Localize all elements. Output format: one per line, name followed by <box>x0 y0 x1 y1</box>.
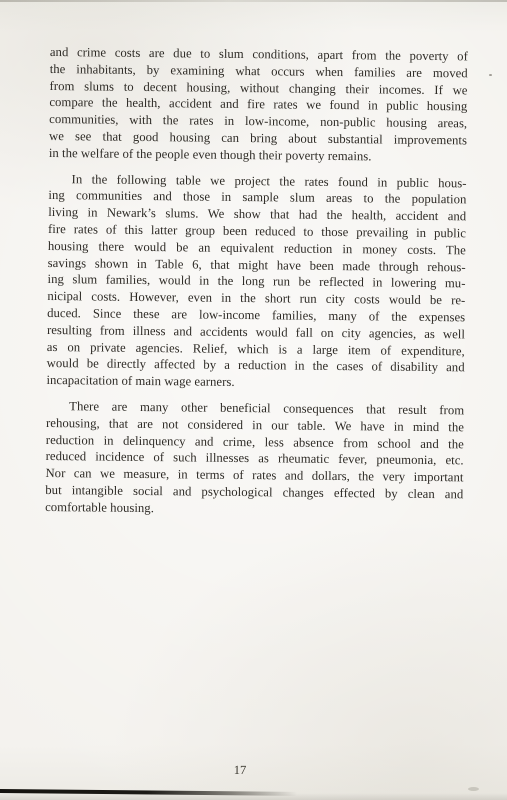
paragraph: There are many other beneficial conseque… <box>45 398 464 520</box>
scan-speck-artifact <box>468 787 479 791</box>
paragraph: and crime costs are due to slum conditio… <box>49 44 468 166</box>
paragraph: In the following table we project the ra… <box>46 171 466 394</box>
scan-bottom-shadow <box>0 793 507 800</box>
page-content: and crime costs are due to slum conditio… <box>45 44 468 529</box>
scanned-page: and crime costs are due to slum conditio… <box>0 0 507 800</box>
scan-speck-artifact <box>489 74 492 76</box>
page-number: 17 <box>190 763 290 779</box>
scan-top-edge-artifact <box>0 0 507 2</box>
